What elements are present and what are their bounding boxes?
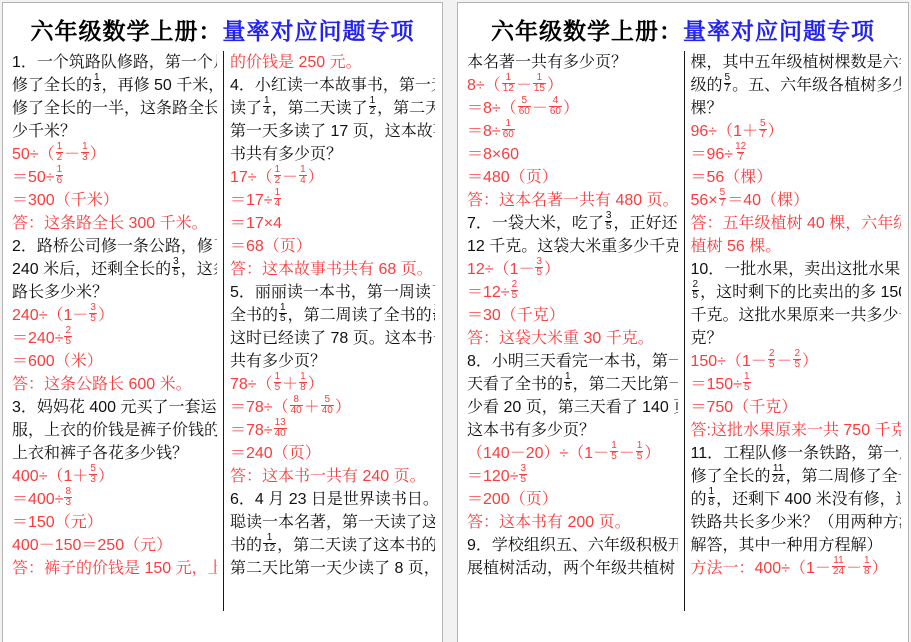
solution-line: 答：这条公路长 600 米。 [12, 373, 217, 396]
problem-line: 3．妈妈花 400 元买了一套运动 [12, 396, 217, 419]
fraction: 53 [89, 464, 97, 485]
problem-line: 聪读一本名著，第一天读了这本 [230, 511, 435, 534]
problem-line: 千克。这批水果原来一共多少千 [691, 304, 902, 327]
problem-line: 级的57。五、六年级各植树多少 [691, 74, 902, 97]
solution-line: ＝150（元） [12, 511, 217, 534]
solution-line: ＝12÷25 [467, 281, 678, 304]
problem-line: 240 米后，还剩全长的35，这条公 [12, 258, 217, 281]
solution-line: 78÷（15＋18） [230, 373, 435, 396]
solution-line: ＝8÷（560－460） [467, 97, 678, 120]
solution-line: 96÷（1＋57） [691, 120, 902, 143]
fraction: 25 [692, 280, 700, 301]
solution-line: ＝8÷160 [467, 120, 678, 143]
solution-line: ＝750（千克） [691, 396, 902, 419]
problem-line: 读了14，第二天读了12，第二天比 [230, 97, 435, 120]
solution-line: ＝17÷14 [230, 189, 435, 212]
fraction: 35 [89, 303, 97, 324]
problem-line: 第一天多读了 17 页，这本故事 [230, 120, 435, 143]
worksheet-page-1: 六年级数学上册：量率对应问题专项 1．一个筑路队修路，第一个月修了全长的13，再… [2, 2, 443, 590]
solution-line: 答：这本名著一共有 480 页。 [467, 189, 678, 212]
solution-line: 17÷（12－14） [230, 166, 435, 189]
problem-line: 5．丽丽读一本书，第一周读了 [230, 281, 435, 304]
page2-column-left: 本名著一共有多少页？8÷（112－115）＝8÷（560－460）＝8÷160＝… [467, 51, 678, 590]
problem-line: 6．4 月 23 日是世界读书日。聪 [230, 488, 435, 511]
fraction: 15 [279, 303, 287, 324]
fraction: 12 [56, 142, 64, 163]
solution-line: 8÷（112－115） [467, 74, 678, 97]
solution-line: 50÷（12－13） [12, 143, 217, 166]
problem-line: 1．一个筑路队修路，第一个月 [12, 51, 217, 74]
solution-line: 的价钱是 250 元。 [230, 51, 435, 74]
problem-line: 棵，其中五年级植树棵数是六年 [691, 51, 902, 74]
fraction: 18 [433, 303, 435, 324]
solution-line: ＝8×60 [467, 143, 678, 166]
fraction: 18 [708, 487, 716, 508]
fraction: 160 [502, 119, 515, 140]
solution-line: ＝78÷（840＋540） [230, 396, 435, 419]
fraction: 112 [502, 73, 515, 94]
problem-line: 棵？ [691, 97, 902, 120]
fraction: 25 [511, 280, 519, 301]
page1-columns: 1．一个筑路队修路，第一个月修了全长的13，再修 50 千米，就修了全长的一半，… [3, 51, 442, 590]
solution-line: ＝68（页） [230, 235, 435, 258]
fraction: 25 [64, 326, 72, 347]
solution-line: （140－20）÷（1－15－15） [467, 442, 678, 465]
fraction: 35 [519, 464, 527, 485]
problem-line: 路长多少米？ [12, 281, 217, 304]
solution-line: ＝96÷127 [691, 143, 902, 166]
fraction: 25 [768, 349, 776, 370]
solution-line: ＝200（页） [467, 488, 678, 511]
solution-line: ＝400÷83 [12, 488, 217, 511]
fraction: 13 [81, 142, 89, 163]
fraction: 12 [274, 165, 282, 186]
fraction: 115 [533, 73, 546, 94]
fraction: 35 [172, 257, 180, 278]
problem-line: 10．一批水果，卖出这批水果的 [691, 258, 902, 281]
problem-line: 铁路共长多少米？（用两种方法 [691, 511, 902, 534]
page-title-prefix: 六年级数学上册： [31, 18, 223, 44]
page-title-highlight: 量率对应问题专项 [683, 18, 875, 44]
fraction: 1124 [832, 556, 845, 577]
fraction: 1340 [274, 418, 287, 439]
page1-column-left: 1．一个筑路队修路，第一个月修了全长的13，再修 50 千米，就修了全长的一半，… [12, 51, 217, 590]
problem-line: 的18，还剩下 400 米没有修，这条 [691, 488, 902, 511]
solution-line: ＝240（页） [230, 442, 435, 465]
fraction: 57 [719, 188, 727, 209]
problem-line: 服，上衣的价钱是裤子价钱的53， [12, 419, 217, 442]
fraction: 15 [564, 372, 572, 393]
problem-line: 这本书有多少页？ [467, 419, 678, 442]
problem-line: 展植树活动，两个年级共植树 96 [467, 557, 678, 580]
solution-line: 56×57＝40（棵） [691, 189, 902, 212]
fraction: 18 [863, 556, 871, 577]
problem-line: 11．工程队修一条铁路，第一周 [691, 442, 902, 465]
solution-line: 方法一：400÷（1－1124－18） [691, 557, 902, 580]
fraction: 15 [610, 441, 618, 462]
solution-line: 12÷（1－35） [467, 258, 678, 281]
solution-line: ＝50÷16 [12, 166, 217, 189]
fraction: 14 [274, 188, 282, 209]
page-title: 六年级数学上册：量率对应问题专项 [458, 3, 908, 51]
fraction: 1124 [772, 464, 785, 485]
fraction: 15 [743, 372, 751, 393]
fraction: 25 [793, 349, 801, 370]
solution-line: 植树 56 棵。 [691, 235, 902, 258]
page2-columns: 本名著一共有多少页？8÷（112－115）＝8÷（560－460）＝8÷160＝… [458, 51, 908, 590]
fraction: 83 [64, 487, 72, 508]
problem-line: 解答，其中一种用方程解） [691, 534, 902, 557]
problem-line: 修了全长的一半，这条路全长多 [12, 97, 217, 120]
fraction: 112 [263, 533, 276, 554]
problem-line: 本名著一共有多少页？ [467, 51, 678, 74]
solution-line: 答：这本书一共有 240 页。 [230, 465, 435, 488]
fraction: 560 [518, 96, 531, 117]
solution-line: 400÷（1＋53） [12, 465, 217, 488]
problem-line: 书的112，第二天读了这本书的115， [230, 534, 435, 557]
page1-column-divider [223, 51, 224, 590]
problem-line: 7．一袋大米，吃了35，正好还剩 [467, 212, 678, 235]
problem-line: 修了全长的1124，第二周修了全长 [691, 465, 902, 488]
fraction: 127 [734, 142, 747, 163]
fraction: 840 [290, 395, 303, 416]
fraction: 14 [299, 165, 307, 186]
problem-line: 克？ [691, 327, 902, 350]
solution-line: ＝56（棵） [691, 166, 902, 189]
solution-line: ＝30（千克） [467, 304, 678, 327]
fraction: 57 [724, 73, 732, 94]
fraction: 57 [759, 119, 767, 140]
fraction: 16 [56, 165, 64, 186]
problem-line: 修了全长的13，再修 50 千米，就 [12, 74, 217, 97]
problem-line: 4．小红读一本故事书，第一天 [230, 74, 435, 97]
problem-line: 25，这时剩下的比卖出的多 150 [691, 281, 902, 304]
solution-line: 答：这本书有 200 页。 [467, 511, 678, 534]
fraction: 35 [535, 257, 543, 278]
solution-line: ＝78÷1340 [230, 419, 435, 442]
problem-line: 共有多少页？ [230, 350, 435, 373]
problem-line: 这时已经读了 78 页。这本书一 [230, 327, 435, 350]
fraction: 12 [369, 96, 377, 117]
solution-line: 答：这条路全长 300 千米。 [12, 212, 217, 235]
page2-column-right: 棵，其中五年级植树棵数是六年级的57。五、六年级各植树多少棵？96÷（1＋57）… [691, 51, 902, 590]
solution-line: ＝480（页） [467, 166, 678, 189]
fraction: 13 [93, 73, 101, 94]
fraction: 35 [605, 211, 613, 232]
solution-line: ＝17×4 [230, 212, 435, 235]
worksheet-page-2: 六年级数学上册：量率对应问题专项 本名著一共有多少页？8÷（112－115）＝8… [457, 2, 909, 590]
problem-line: 8．小明三天看完一本书，第一 [467, 350, 678, 373]
problem-line: 书共有多少页？ [230, 143, 435, 166]
problem-line: 第二天比第一天少读了 8 页，这 [230, 557, 435, 580]
solution-line: 400－150＝250（元） [12, 534, 217, 557]
problem-line: 天看了全书的15，第二天比第一天 [467, 373, 678, 396]
solution-line: ＝600（米） [12, 350, 217, 373]
fraction: 18 [299, 372, 307, 393]
problem-line: 12 千克。这袋大米重多少千克？ [467, 235, 678, 258]
solution-line: 答：这袋大米重 30 千克。 [467, 327, 678, 350]
solution-line: 150÷（1－25－25） [691, 350, 902, 373]
solution-line: 答：五年级植树 40 棵，六年级 [691, 212, 902, 235]
solution-line: 答：这本故事书共有 68 页。 [230, 258, 435, 281]
page-title: 六年级数学上册：量率对应问题专项 [3, 3, 442, 51]
solution-line: 答：裤子的价钱是 150 元，上衣 [12, 557, 217, 580]
fraction: 15 [636, 441, 644, 462]
fraction: 540 [321, 395, 334, 416]
page-title-highlight: 量率对应问题专项 [223, 18, 415, 44]
solution-line: 240÷（1－35） [12, 304, 217, 327]
solution-line: ＝120÷35 [467, 465, 678, 488]
problem-line: 少千米？ [12, 120, 217, 143]
solution-line: 答:这批水果原来一共 750 千克。 [691, 419, 902, 442]
solution-line: ＝150÷15 [691, 373, 902, 396]
page2-column-divider [684, 51, 685, 590]
page1-column-right: 的价钱是 250 元。4．小红读一本故事书，第一天读了14，第二天读了12，第二… [230, 51, 435, 590]
problem-line: 上衣和裤子各花多少钱？ [12, 442, 217, 465]
problem-line: 全书的15，第二周读了全书的18。 [230, 304, 435, 327]
solution-line: ＝240÷25 [12, 327, 217, 350]
page-title-prefix: 六年级数学上册： [491, 18, 683, 44]
problem-line: 9．学校组织五、六年级积极开 [467, 534, 678, 557]
problem-line: 2．路桥公司修一条公路，修了 [12, 235, 217, 258]
fraction: 15 [274, 372, 282, 393]
fraction: 460 [549, 96, 562, 117]
solution-line: ＝300（千米） [12, 189, 217, 212]
problem-line: 少看 20 页，第三天看了 140 页， [467, 396, 678, 419]
fraction: 14 [263, 96, 271, 117]
